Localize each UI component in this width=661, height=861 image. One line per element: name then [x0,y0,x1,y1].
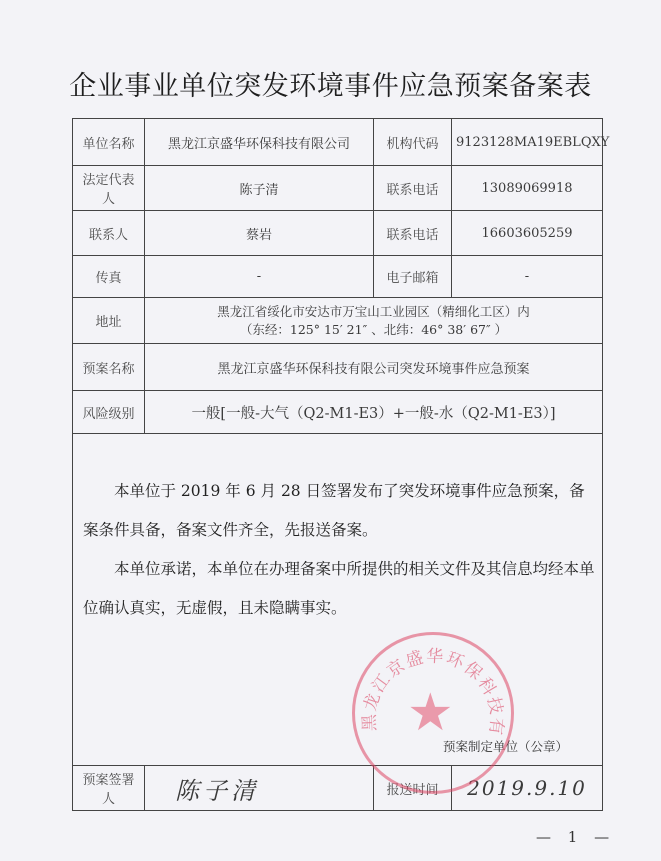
org-code-value: 9123128MA19EBLQXY [452,119,603,166]
phone-label-2: 联系电话 [374,211,452,256]
signer-label: 预案签署人 [73,766,145,811]
phone-value-2: 16603605259 [452,211,603,256]
page-number: — 1 — [536,828,615,846]
table-row-signature: 预案签署人 陈子清 报送时间 2019.9.10 [73,766,603,811]
stamp-label: 预案制定单位（公章） [443,737,568,755]
statement-text: 本单位于 2019 年 6 月 28 日签署发布了突发环境事件应急预案，备案条件… [73,434,602,628]
submit-date-value: 2019.9.10 [452,766,603,811]
plan-name-value: 黑龙江京盛华环保科技有限公司突发环境事件应急预案 [145,344,603,391]
signer-signature: 陈子清 [145,766,374,811]
risk-level-label: 风险级别 [73,391,145,434]
legal-rep-label: 法定代表人 [73,166,145,211]
page-title: 企业事业单位突发环境事件应急预案备案表 [0,64,661,103]
contact-label: 联系人 [73,211,145,256]
fax-label: 传真 [73,256,145,298]
phone-label-1: 联系电话 [374,166,452,211]
legal-rep-value: 陈子清 [145,166,374,211]
phone-value-1: 13089069918 [452,166,603,211]
filing-form-table: 单位名称 黑龙江京盛华环保科技有限公司 机构代码 9123128MA19EBLQ… [72,118,603,811]
fax-value: - [145,256,374,298]
statement-cell: 本单位于 2019 年 6 月 28 日签署发布了突发环境事件应急预案，备案条件… [73,434,603,766]
table-row-legal-rep: 法定代表人 陈子清 联系电话 13089069918 [73,166,603,211]
address-line-1: 黑龙江省绥化市安达市万宝山工业园区（精细化工区）内 [149,303,598,321]
unit-name-label: 单位名称 [73,119,145,166]
plan-name-label: 预案名称 [73,344,145,391]
address-value: 黑龙江省绥化市安达市万宝山工业园区（精细化工区）内 （东经：125° 15′ 2… [145,298,603,344]
table-row-contact: 联系人 蔡岩 联系电话 16603605259 [73,211,603,256]
table-row-statement: 本单位于 2019 年 6 月 28 日签署发布了突发环境事件应急预案，备案条件… [73,434,603,766]
statement-paragraph-2: 本单位承诺，本单位在办理备案中所提供的相关文件及其信息均经本单位确认真实，无虚假… [83,550,596,628]
table-row-risk-level: 风险级别 一般[一般-大气（Q2-M1-E3）+一般-水（Q2-M1-E3）] [73,391,603,434]
unit-name-value: 黑龙江京盛华环保科技有限公司 [145,119,374,166]
submit-date-label: 报送时间 [374,766,452,811]
statement-paragraph-1: 本单位于 2019 年 6 月 28 日签署发布了突发环境事件应急预案，备案条件… [83,472,596,550]
address-label: 地址 [73,298,145,344]
risk-level-value: 一般[一般-大气（Q2-M1-E3）+一般-水（Q2-M1-E3）] [145,391,603,434]
table-row-unit-name: 单位名称 黑龙江京盛华环保科技有限公司 机构代码 9123128MA19EBLQ… [73,119,603,166]
email-value: - [452,256,603,298]
table-row-plan-name: 预案名称 黑龙江京盛华环保科技有限公司突发环境事件应急预案 [73,344,603,391]
table-row-address: 地址 黑龙江省绥化市安达市万宝山工业园区（精细化工区）内 （东经：125° 15… [73,298,603,344]
contact-value: 蔡岩 [145,211,374,256]
address-coordinates: （东经：125° 15′ 21″ 、北纬：46° 38′ 67″ ） [149,321,598,339]
email-label: 电子邮箱 [374,256,452,298]
org-code-label: 机构代码 [374,119,452,166]
table-row-fax: 传真 - 电子邮箱 - [73,256,603,298]
